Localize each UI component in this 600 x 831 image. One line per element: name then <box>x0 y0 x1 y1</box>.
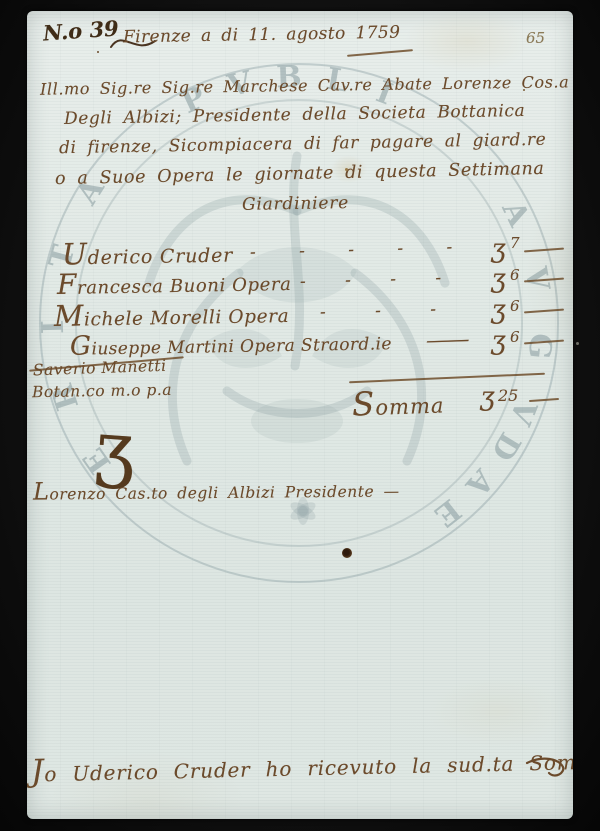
currency-symbol: ʒ <box>491 296 506 326</box>
letter-line-1: Ill.mo Sig.re Sig.re Marchese Cav.re Aba… <box>40 73 570 99</box>
letter-heading: Giardiniere <box>242 194 349 215</box>
folio-number: 65 <box>526 30 545 47</box>
place-date-line: Firenze a di 11. agosto 1759 <box>123 24 401 48</box>
letter-line-3: di firenze, Sicompiacera di far pagare a… <box>59 131 547 159</box>
receipt-line: Jo Uderico Cruder ho ricevuto la sud.ta … <box>31 741 573 790</box>
paper-speck <box>345 168 348 171</box>
secretary-name: Saverio Manetti <box>33 358 167 380</box>
photo-background: PVBLI AVGV DAE ERITA N.o 39 Firenze a di… <box>0 0 600 831</box>
account-row-dashes: - - - - - <box>250 238 453 263</box>
date-underline <box>347 49 413 57</box>
pen-rule <box>524 248 564 253</box>
account-row-amount: 6 <box>510 329 520 346</box>
pen-rule <box>524 278 564 283</box>
paper-speck <box>97 51 99 53</box>
pen-rule <box>524 309 564 314</box>
receipt-flourish-icon <box>525 753 569 783</box>
account-row-amount: 6 <box>510 298 520 315</box>
account-row-name: Michele Morelli Opera <box>54 296 290 333</box>
currency-symbol: ʒ <box>491 327 506 357</box>
letter-line-4: o a Suoe Opera le giornate di questa Set… <box>55 159 545 189</box>
secretary-title: Botan.co m.o p.a <box>32 382 172 402</box>
document-number: N.o 39 <box>42 16 119 45</box>
account-row-dashes: - - - <box>320 300 437 323</box>
president-signature: Lorenzo Cas.to degli Albizi Presidente — <box>33 475 400 506</box>
pen-rule <box>529 398 559 402</box>
paper-speck <box>523 89 525 91</box>
ink-blot <box>342 548 352 558</box>
account-row-dashes: - - - - <box>300 269 442 292</box>
currency-symbol: ʒ <box>480 383 495 413</box>
account-row-amount: 7 <box>510 235 520 252</box>
pen-rule <box>524 340 564 345</box>
frame-speck <box>576 342 579 345</box>
account-row-name: Giuseppe Martini Opera Straord.ie <box>70 326 392 362</box>
sum-label: Somma <box>351 383 445 424</box>
sum-overline <box>349 373 545 384</box>
sum-amount: 25 <box>498 387 518 405</box>
account-row-amount: 6 <box>510 267 520 284</box>
currency-symbol: ʒ <box>491 265 506 295</box>
account-row-dashes: — <box>425 329 471 352</box>
currency-symbol: ʒ <box>491 235 506 265</box>
document-page: PVBLI AVGV DAE ERITA N.o 39 Firenze a di… <box>27 11 573 819</box>
letter-line-2: Degli Albizi; Presidente della Societa B… <box>64 102 526 130</box>
